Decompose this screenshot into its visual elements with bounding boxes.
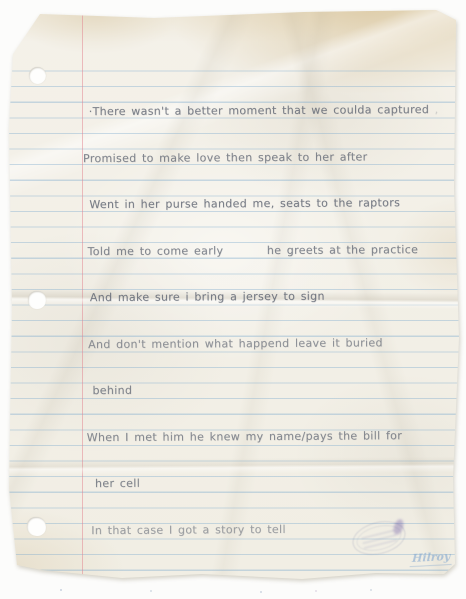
handwritten-line-2: Promised to make love then speak to her … bbox=[83, 148, 457, 166]
erased-marks: , 1 bbox=[429, 103, 466, 116]
handwritten-line-7: behind bbox=[92, 381, 458, 399]
handwritten-line-1: ·There wasn't a better moment that we co… bbox=[89, 102, 457, 120]
scanner-dust bbox=[60, 589, 62, 591]
paper-sheet: ·There wasn't a better moment that we co… bbox=[4, 8, 460, 584]
hole-punch-bottom bbox=[27, 517, 46, 536]
hole-punch-middle bbox=[28, 291, 46, 309]
line-1-text: ·There wasn't a better moment that we co… bbox=[89, 103, 430, 118]
handwritten-line-6: And don't mention what happend leave it … bbox=[88, 334, 458, 352]
handwriting-block: ·There wasn't a better moment that we co… bbox=[86, 71, 459, 569]
hilroy-logo: Hilroy bbox=[410, 550, 453, 567]
handwritten-line-3: Went in her purse handed me, seats to th… bbox=[89, 195, 457, 213]
scanned-page: ·There wasn't a better moment that we co… bbox=[0, 0, 466, 599]
paper-shadow-wrap: ·There wasn't a better moment that we co… bbox=[4, 8, 460, 584]
handwritten-line-5: And make sure i bring a jersey to sign bbox=[90, 288, 458, 306]
handwritten-line-9: her cell bbox=[95, 474, 459, 492]
handwritten-line-8: When I met him he knew my name/pays the … bbox=[87, 427, 459, 445]
hole-punch-top bbox=[29, 67, 46, 84]
handwritten-line-4: Told me to come early he greets at the p… bbox=[88, 241, 458, 259]
